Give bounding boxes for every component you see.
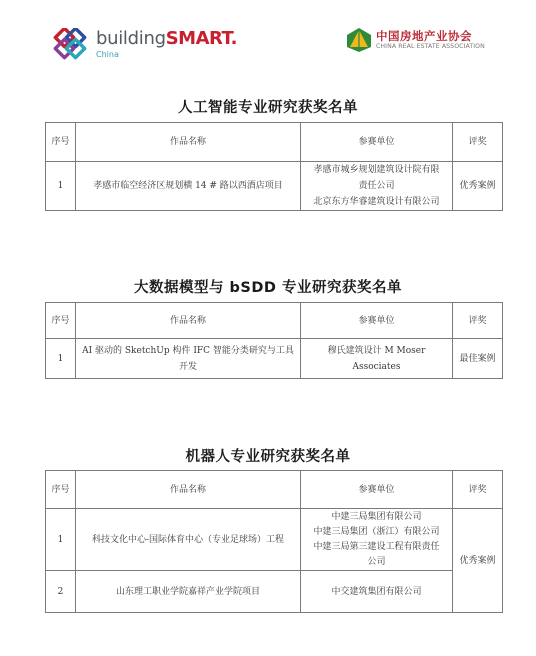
header-award: 评奖 — [453, 123, 503, 162]
header-index: 序号 — [46, 123, 76, 162]
header-unit: 参赛单位 — [301, 123, 453, 162]
unit-line: 北京东方华睿建筑设计有限公司 — [305, 194, 448, 210]
unit-line: 中建三局集团（浙江）有限公司 — [305, 525, 448, 540]
table-row: 1 孝感市临空经济区规划横 14 # 路以西酒店项目 孝感市城乡规划建筑设计院有… — [46, 162, 503, 211]
cell-index: 2 — [46, 571, 76, 613]
cell-work-name: 科技文化中心-国际体育中心（专业足球场）工程 — [76, 509, 301, 571]
cell-unit: 穆氏建筑设计 M Moser Associates — [301, 339, 453, 379]
wordmark-building: building — [96, 28, 166, 49]
header-index: 序号 — [46, 471, 76, 509]
header-award: 评奖 — [453, 471, 503, 509]
table-row: 1 科技文化中心-国际体育中心（专业足球场）工程 中建三局集团有限公司 中建三局… — [46, 509, 503, 571]
cell-unit: 中交建筑集团有限公司 — [301, 571, 453, 613]
award-table-bigdata-bsdd: 序号 作品名称 参赛单位 评奖 1 AI 驱动的 SketchUp 构件 IFC… — [45, 302, 503, 379]
cell-work-name: 孝感市临空经济区规划横 14 # 路以西酒店项目 — [76, 162, 301, 211]
unit-line: 责任公司 — [305, 178, 448, 194]
buildingsmart-emblem-icon — [52, 28, 92, 62]
header-logos: buildingSMART. China 中国房地产业协会 CHINA REAL… — [0, 0, 536, 70]
work-name-line: 开发 — [80, 359, 296, 375]
cell-index: 1 — [46, 509, 76, 571]
header-unit: 参赛单位 — [301, 471, 453, 509]
unit-line: 中建三局集团有限公司 — [305, 510, 448, 525]
header-work-name: 作品名称 — [76, 303, 301, 339]
unit-line: 中建三局第三建设工程有限责任 — [305, 540, 448, 555]
unit-line: 公司 — [305, 555, 448, 570]
cell-award: 优秀案例 — [453, 162, 503, 211]
wordmark-trademark: . — [231, 28, 237, 49]
cell-unit: 孝感市城乡规划建筑设计院有限 责任公司 北京东方华睿建筑设计有限公司 — [301, 162, 453, 211]
crea-name-en: CHINA REAL ESTATE ASSOCIATION — [376, 43, 485, 50]
unit-line: 孝感市城乡规划建筑设计院有限 — [305, 162, 448, 178]
unit-line: 穆氏建筑设计 M Moser — [305, 343, 448, 359]
buildingsmart-wordmark: buildingSMART. — [96, 30, 237, 48]
wordmark-smart: SMART — [166, 28, 231, 49]
header-work-name: 作品名称 — [76, 123, 301, 162]
crea-emblem-icon — [346, 27, 372, 53]
cell-index: 1 — [46, 162, 76, 211]
award-table-robotics: 序号 作品名称 参赛单位 评奖 1 科技文化中心-国际体育中心（专业足球场）工程… — [45, 470, 503, 613]
section-title-bigdata-bsdd: 大数据模型与 bSDD 专业研究获奖名单 — [0, 276, 536, 297]
section-title-robotics: 机器人专业研究获奖名单 — [0, 445, 536, 466]
work-name-line: AI 驱动的 SketchUp 构件 IFC 智能分类研究与工具 — [80, 343, 296, 359]
header-award: 评奖 — [453, 303, 503, 339]
table-header-row: 序号 作品名称 参赛单位 评奖 — [46, 303, 503, 339]
table-header-row: 序号 作品名称 参赛单位 评奖 — [46, 123, 503, 162]
crea-name-cn: 中国房地产业协会 — [376, 28, 472, 44]
section-title-ai: 人工智能专业研究获奖名单 — [0, 96, 536, 117]
table-header-row: 序号 作品名称 参赛单位 评奖 — [46, 471, 503, 509]
cell-award: 最佳案例 — [453, 339, 503, 379]
header-index: 序号 — [46, 303, 76, 339]
award-table-ai: 序号 作品名称 参赛单位 评奖 1 孝感市临空经济区规划横 14 # 路以西酒店… — [45, 122, 503, 211]
header-unit: 参赛单位 — [301, 303, 453, 339]
buildingsmart-china-logo: buildingSMART. China — [52, 28, 92, 62]
buildingsmart-subtitle: China — [96, 50, 119, 59]
cell-work-name: AI 驱动的 SketchUp 构件 IFC 智能分类研究与工具 开发 — [76, 339, 301, 379]
china-real-estate-association-logo: 中国房地产业协会 CHINA REAL ESTATE ASSOCIATION — [346, 27, 372, 57]
table-row: 2 山东理工职业学院嘉祥产业学院项目 中交建筑集团有限公司 — [46, 571, 503, 613]
cell-index: 1 — [46, 339, 76, 379]
cell-award-merged: 优秀案例 — [453, 509, 503, 613]
header-work-name: 作品名称 — [76, 471, 301, 509]
unit-line: Associates — [305, 359, 448, 375]
cell-work-name: 山东理工职业学院嘉祥产业学院项目 — [76, 571, 301, 613]
table-row: 1 AI 驱动的 SketchUp 构件 IFC 智能分类研究与工具 开发 穆氏… — [46, 339, 503, 379]
cell-unit: 中建三局集团有限公司 中建三局集团（浙江）有限公司 中建三局第三建设工程有限责任… — [301, 509, 453, 571]
